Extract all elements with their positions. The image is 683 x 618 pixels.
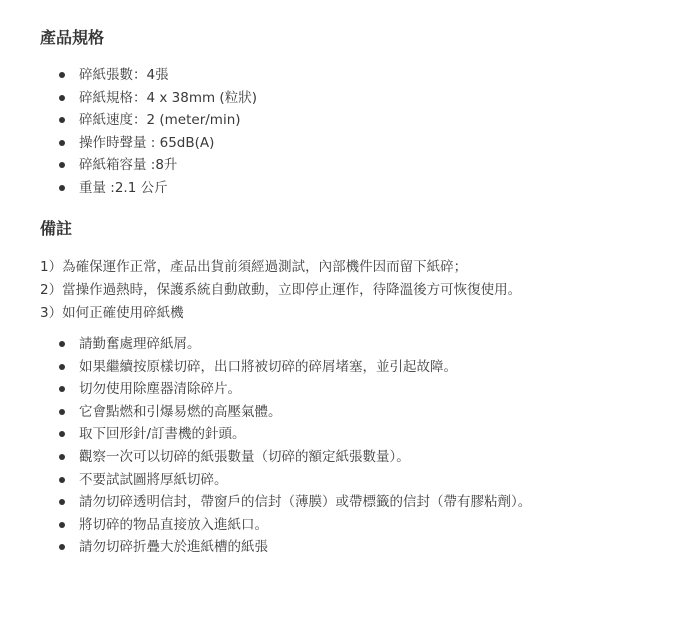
spec-item-sheets: 碎紙張數：4張 bbox=[56, 64, 257, 87]
spec-item-noise: 操作時聲量 : 65dB(A) bbox=[56, 132, 257, 155]
tip-item: 取下回形針/訂書機的針頭。 bbox=[56, 423, 531, 446]
tip-item: 將切碎的物品直接放入進紙口。 bbox=[56, 514, 531, 537]
tip-item: 觀察一次可以切碎的紙張數量（切碎的額定紙張數量）。 bbox=[56, 446, 531, 469]
spec-item-bin-capacity: 碎紙箱容量 :8升 bbox=[56, 154, 257, 177]
spec-item-speed: 碎紙速度：2 (meter/min) bbox=[56, 109, 257, 132]
note-item-2: 2）當操作過熱時，保護系統自動啟動，立即停止運作，待降溫後方可恢復使用。 bbox=[40, 279, 521, 302]
spec-heading: 產品規格 bbox=[40, 27, 104, 49]
tip-item: 切勿使用除塵器清除碎片。 bbox=[56, 378, 531, 401]
note-item-3: 3）如何正確使用碎紙機 bbox=[40, 302, 521, 325]
tip-item: 請勿切碎折疊大於進紙槽的紙張 bbox=[56, 536, 531, 559]
usage-tips-list: 請勤奮處理碎紙屑。 如果繼續按原樣切碎，出口將被切碎的碎屑堵塞，並引起故障。 切… bbox=[56, 333, 531, 559]
tip-item: 請勤奮處理碎紙屑。 bbox=[56, 333, 531, 356]
note-item-1: 1）為確保運作正常，產品出貨前須經過測試，內部機件因而留下紙碎； bbox=[40, 256, 521, 279]
tip-item: 如果繼續按原樣切碎，出口將被切碎的碎屑堵塞，並引起故障。 bbox=[56, 356, 531, 379]
tip-item: 請勿切碎透明信封，帶窗戶的信封（薄膜）或帶標籤的信封（帶有膠粘劑）。 bbox=[56, 491, 531, 514]
spec-item-size: 碎紙規格：4 x 38mm (粒狀) bbox=[56, 87, 257, 110]
spec-item-weight: 重量 :2.1 公斤 bbox=[56, 177, 257, 200]
notes-numbered-list: 1）為確保運作正常，產品出貨前須經過測試，內部機件因而留下紙碎； 2）當操作過熱… bbox=[40, 256, 521, 325]
tip-item: 不要試試圖將厚紙切碎。 bbox=[56, 469, 531, 492]
notes-heading: 備註 bbox=[40, 218, 72, 240]
tip-item: 它會點燃和引爆易燃的高壓氣體。 bbox=[56, 401, 531, 424]
spec-list: 碎紙張數：4張 碎紙規格：4 x 38mm (粒狀) 碎紙速度：2 (meter… bbox=[56, 64, 257, 200]
